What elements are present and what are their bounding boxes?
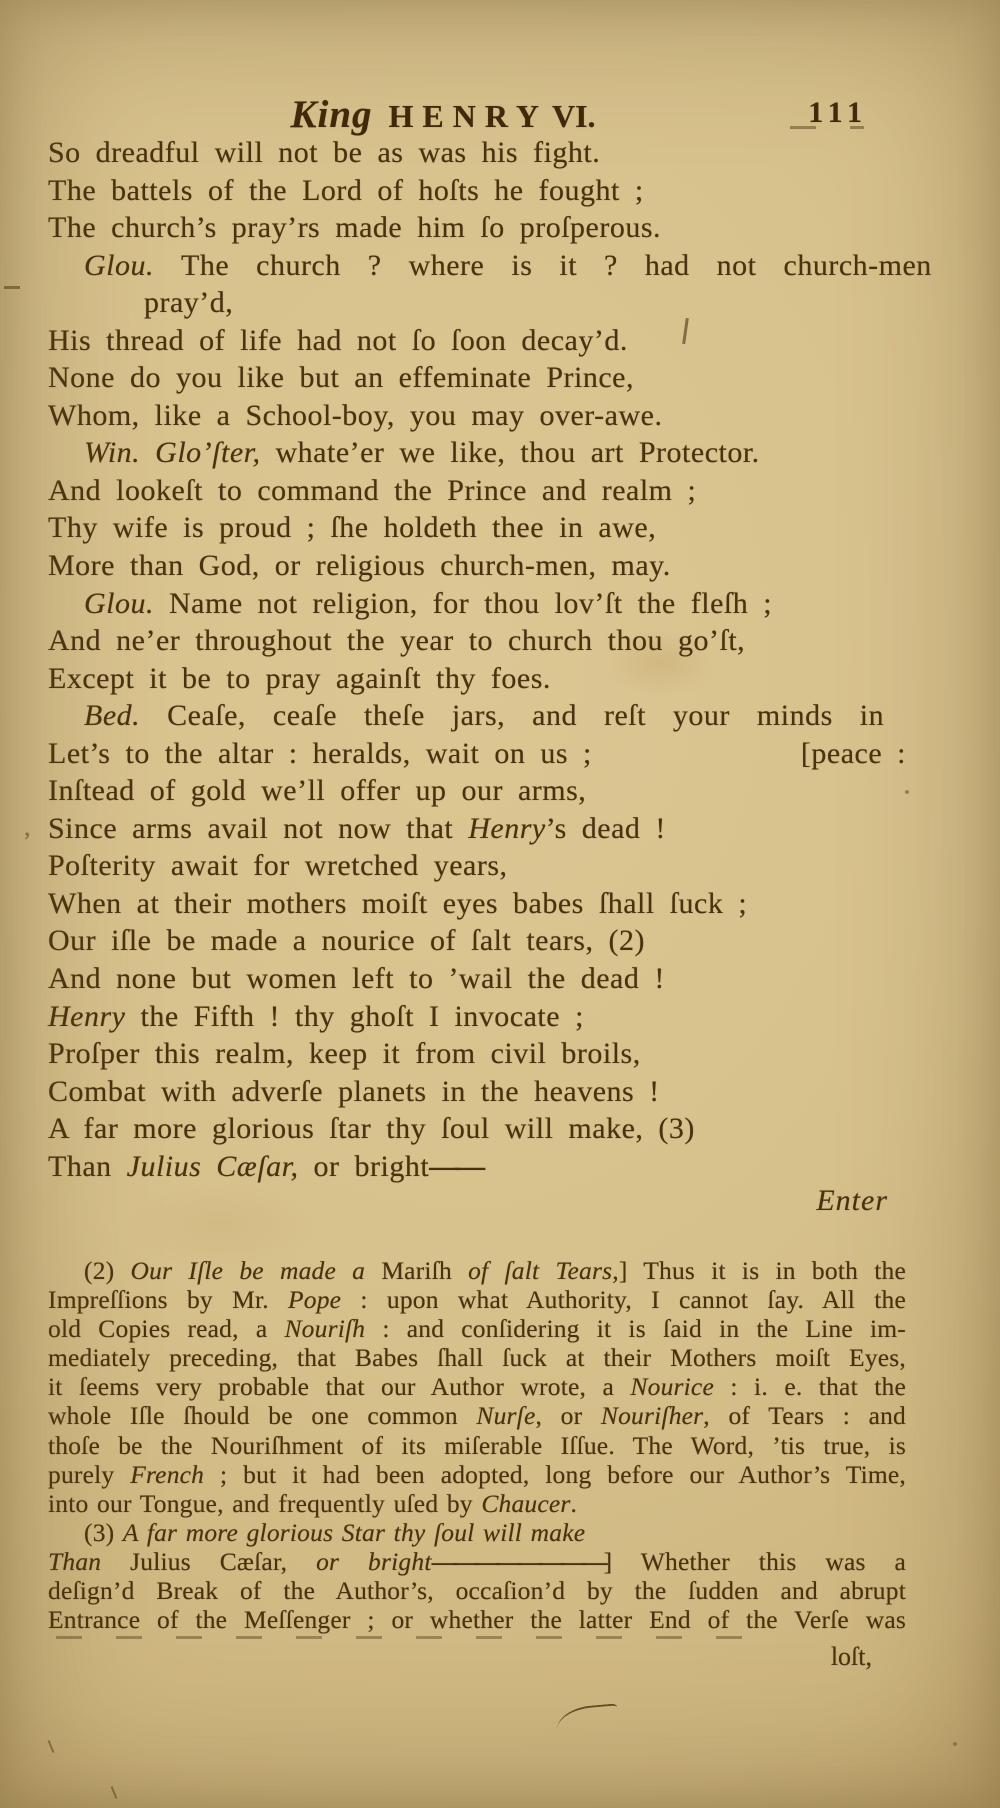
verse-line: Than Julius Cæſar, or bright—— <box>48 1148 906 1186</box>
book-page: KingHENRY VI. 111 So dreadful will not b… <box>0 0 1000 1808</box>
verse-line: And none but women left to ’wail the dea… <box>48 960 906 998</box>
text-segment: Nurſe <box>476 1401 535 1430</box>
text-segment: (3) <box>84 1518 123 1547</box>
footnote-line: mediately preceding, that Babes ſhall ſu… <box>48 1343 906 1372</box>
text-segment: deſign’d Break of the Author’s, occaſion… <box>48 1576 906 1605</box>
verse-line: Let’s to the altar : heralds, wait on us… <box>48 735 906 773</box>
text-segment: Glou. <box>84 249 181 282</box>
running-title-henry: HENRY <box>389 98 548 134</box>
stray-mark-comma: , <box>24 822 31 832</box>
text-segment: mediately preceding, that Babes ſhall ſu… <box>48 1343 906 1372</box>
text-segment: Our Iſle be made a <box>131 1256 382 1285</box>
text-segment: Entrance of the Meſſenger ; or whether t… <box>48 1605 906 1634</box>
text-segment: And none but women left to ’wail the dea… <box>48 962 665 995</box>
verse-line: Bed. Ceaſe, ceaſe theſe jars, and reſt y… <box>48 697 906 735</box>
text-segment: : upon what Authority, I cannot ſay. All… <box>341 1285 906 1314</box>
stray-mark-tick <box>48 1740 55 1753</box>
text-segment: . <box>571 1489 578 1518</box>
text-segment: Chaucer <box>481 1489 570 1518</box>
verse-line: So dreadful will not be as was his fight… <box>48 134 906 172</box>
verse-line: More than God, or religious church-men, … <box>48 547 906 585</box>
verse-line: Except it be to pray againſt thy foes. <box>48 660 906 698</box>
stray-mark-dash <box>4 286 20 289</box>
footnote-line: Impreſſions by Mr. Pope : upon what Auth… <box>48 1285 906 1314</box>
text-segment: purely <box>48 1460 130 1489</box>
text-segment: More than God, or religious church-men, … <box>48 549 671 582</box>
running-title-king: King <box>290 93 372 136</box>
text-segment: Proſper this realm, keep it from civil b… <box>48 1037 641 1070</box>
text-segment: Combat with adverſe planets in the heave… <box>48 1075 660 1108</box>
footnote-line: thoſe be the Nouriſhment of its miſerabl… <box>48 1431 906 1460</box>
text-segment: The church ? where is it ? had not churc… <box>181 249 932 282</box>
text-segment: Inſtead of gold we’ll offer up our arms, <box>48 774 586 807</box>
verse-line: Inſtead of gold we’ll offer up our arms, <box>48 772 906 810</box>
text-segment: ’s dead ! <box>546 812 666 845</box>
footnote-line: Than Julius Cæſar, or bright————————] Wh… <box>48 1547 906 1576</box>
text-segment: : and conſidering it is ſaid in the Line… <box>365 1314 906 1343</box>
stray-mark-curve <box>555 1703 619 1730</box>
verse-block: So dreadful will not be as was his fight… <box>48 134 906 1185</box>
footnote-block: (2) Our Iſle be made a Mariſh of ſalt Te… <box>48 1256 906 1634</box>
verse-line: Our iſle be made a nourice of ſalt tears… <box>48 922 906 960</box>
printed-dash: ———————— <box>432 1547 604 1576</box>
text-segment: or bright <box>316 1547 432 1576</box>
text-segment: pray’d, <box>144 286 233 319</box>
page-number: 111 <box>808 96 868 130</box>
text-segment: Pope <box>288 1285 341 1314</box>
footnote-line: into our Tongue, and frequently uſed by … <box>48 1489 906 1518</box>
text-segment: Win. Glo’ſter, <box>84 436 276 469</box>
text-segment: (2) <box>84 1256 131 1285</box>
verse-line: Proſper this realm, keep it from civil b… <box>48 1035 906 1073</box>
text-segment: ; but it had been adopted, long before o… <box>204 1460 906 1489</box>
verse-line: Combat with adverſe planets in the heave… <box>48 1073 906 1111</box>
verse-line: Whom, like a School-boy, you may over-aw… <box>48 397 906 435</box>
text-segment: Than <box>48 1150 127 1183</box>
verse-line: The church’s pray’rs made him ſo proſper… <box>48 209 906 247</box>
catchword-enter: Enter <box>816 1184 888 1218</box>
stray-mark-dashrow <box>56 1636 756 1639</box>
text-segment: Glou. <box>84 587 169 620</box>
verse-line: A far more glorious ſtar thy ſoul will m… <box>48 1110 906 1148</box>
text-segment: Except it be to pray againſt thy foes. <box>48 662 551 695</box>
text-segment: whole Iſle ſhould be one common <box>48 1401 476 1430</box>
text-segment: The church’s pray’rs made him ſo proſper… <box>48 211 661 244</box>
verse-line: The battels of the Lord of hoſts he foug… <box>48 172 906 210</box>
catchword-lost: loſt, <box>831 1642 872 1672</box>
text-segment: And lookeſt to command the Prince and re… <box>48 474 696 507</box>
footnote-line: Entrance of the Meſſenger ; or whether t… <box>48 1605 906 1634</box>
text-segment: So dreadful will not be as was his fight… <box>48 136 600 169</box>
text-segment: into our Tongue, and frequently uſed by <box>48 1489 481 1518</box>
text-segment: , of Tears : and <box>703 1401 906 1430</box>
footnote-line: (2) Our Iſle be made a Mariſh of ſalt Te… <box>48 1256 906 1285</box>
verse-line: Henry the Fifth ! thy ghoſt I invocate ; <box>48 998 906 1036</box>
text-segment: A far more glorious Star thy ſoul will m… <box>123 1518 585 1547</box>
text-segment: Poſterity await for wretched years, <box>48 849 508 882</box>
verse-line: Glou. The church ? where is it ? had not… <box>48 247 906 285</box>
text-segment: Nouriſh <box>284 1314 365 1343</box>
turnover-text: [peace : <box>801 735 906 773</box>
text-segment: old Copies read, a <box>48 1314 284 1343</box>
stray-mark-tick <box>111 1786 118 1799</box>
verse-line: pray’d, <box>48 284 906 322</box>
verse-line: Thy wife is proud ; ſhe holdeth thee in … <box>48 509 906 547</box>
text-segment: Whom, like a School-boy, you may over-aw… <box>48 399 662 432</box>
text-segment: Ceaſe, ceaſe theſe jars, and reſt your m… <box>167 699 884 732</box>
text-segment: The battels of the Lord of hoſts he foug… <box>48 174 644 207</box>
footnote-line: purely French ; but it had been adopted,… <box>48 1460 906 1489</box>
verse-line: Poſterity await for wretched years, <box>48 847 906 885</box>
text-segment: , or <box>535 1401 600 1430</box>
text-segment: ] Whether this was a <box>604 1547 906 1576</box>
footnote-line: (3) A far more glorious Star thy ſoul wi… <box>48 1518 906 1547</box>
running-title: KingHENRY VI. <box>14 92 872 137</box>
text-segment: Henry <box>48 1000 140 1033</box>
verse-line: None do you like but an effeminate Princ… <box>48 359 906 397</box>
text-segment: Thy wife is proud ; ſhe holdeth thee in … <box>48 511 656 544</box>
text-segment: Bed. <box>84 699 167 732</box>
text-segment: Nouriſher <box>601 1401 703 1430</box>
text-segment: it ſeems very probable that our Author w… <box>48 1372 630 1401</box>
text-segment: Name not religion, for thou lov’ſt the f… <box>169 587 772 620</box>
text-segment: the Fifth ! thy ghoſt I invocate ; <box>140 1000 583 1033</box>
footnote-line: whole Iſle ſhould be one common Nurſe, o… <box>48 1401 906 1430</box>
text-segment: Since arms avail not now that <box>48 812 468 845</box>
verse-line: His thread of life had not ſo ſoon decay… <box>48 322 906 360</box>
text-segment: Let’s to the altar : heralds, wait on us… <box>48 737 592 770</box>
text-segment: ] Thus it is in both the <box>619 1256 906 1285</box>
text-segment: When at their mothers moiſt eyes babes ſ… <box>48 887 747 920</box>
running-title-numeral: VI. <box>552 98 596 134</box>
text-segment: of ſalt Tears, <box>468 1256 619 1285</box>
text-segment: Nourice <box>630 1372 714 1401</box>
verse-line: Win. Glo’ſter, whate’er we like, thou ar… <box>48 434 906 472</box>
text-segment: : i. e. that the <box>714 1372 906 1401</box>
text-segment: A far more glorious ſtar thy ſoul will m… <box>48 1112 695 1145</box>
text-segment: And ne’er throughout the year to church … <box>48 624 745 657</box>
text-segment: or bright <box>299 1150 430 1183</box>
text-segment: Julius Cæſar, <box>130 1547 316 1576</box>
text-segment: whate’er we like, thou art Protector. <box>276 436 760 469</box>
verse-line: And ne’er throughout the year to church … <box>48 622 906 660</box>
stray-mark-dot <box>953 1742 957 1746</box>
printed-dash: —— <box>429 1150 481 1183</box>
text-segment: French <box>130 1460 204 1489</box>
text-segment: His thread of life had not ſo ſoon decay… <box>48 324 628 357</box>
text-segment: Impreſſions by Mr. <box>48 1285 288 1314</box>
text-segment: None do you like but an effeminate Princ… <box>48 361 634 394</box>
text-segment: Henry <box>468 812 545 845</box>
verse-line: Since arms avail not now that Henry’s de… <box>48 810 906 848</box>
text-segment: Than <box>48 1547 130 1576</box>
text-segment: Julius Cæſar, <box>127 1150 299 1183</box>
footnote-line: old Copies read, a Nouriſh : and conſide… <box>48 1314 906 1343</box>
footnote-line: it ſeems very probable that our Author w… <box>48 1372 906 1401</box>
verse-line: Glou. Name not religion, for thou lov’ſt… <box>48 585 906 623</box>
text-segment: thoſe be the Nouriſhment of its miſerabl… <box>48 1431 906 1460</box>
text-segment: Our iſle be made a nourice of ſalt tears… <box>48 924 645 957</box>
text-segment: Mariſh <box>381 1256 468 1285</box>
verse-line: And lookeſt to command the Prince and re… <box>48 472 906 510</box>
verse-line: When at their mothers moiſt eyes babes ſ… <box>48 885 906 923</box>
footnote-line: deſign’d Break of the Author’s, occaſion… <box>48 1576 906 1605</box>
